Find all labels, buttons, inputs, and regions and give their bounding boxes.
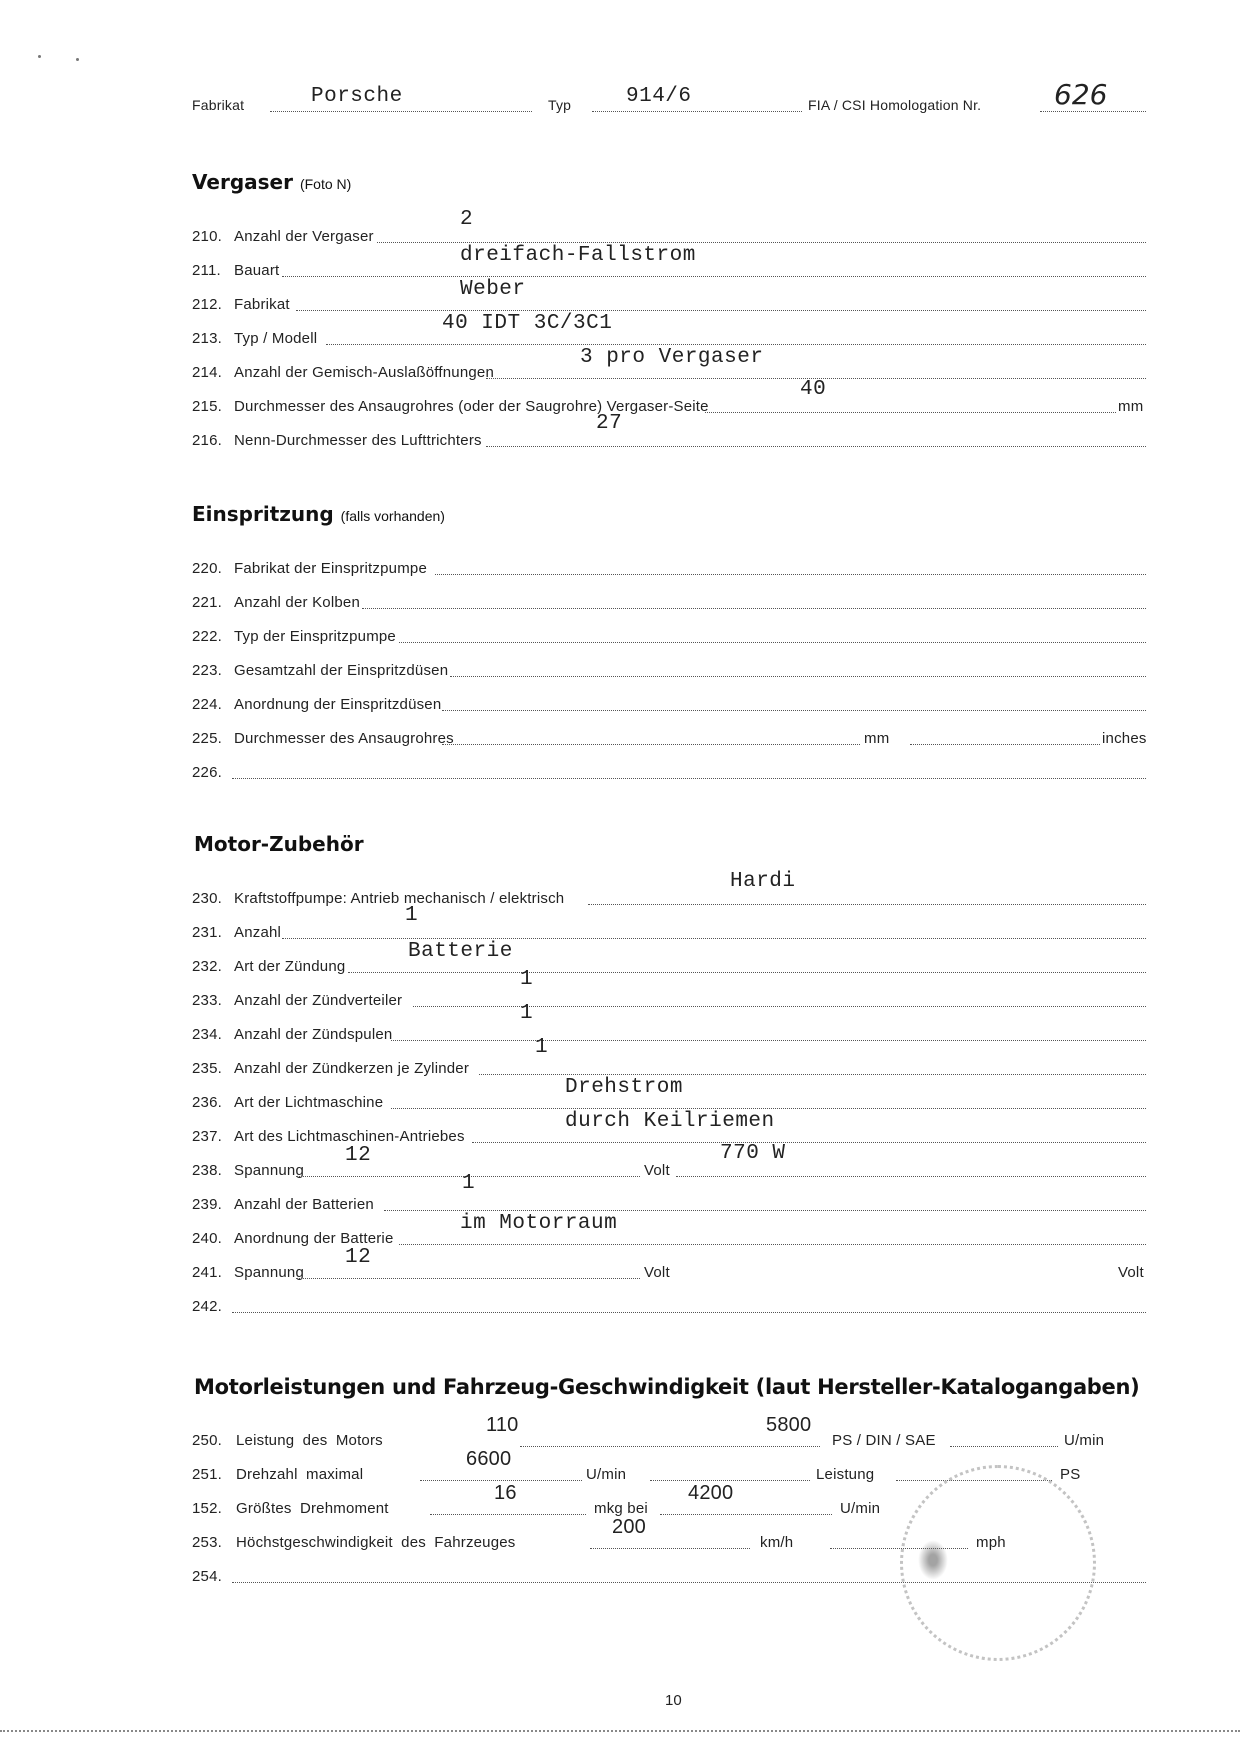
row-unit-3: PS xyxy=(1060,1466,1080,1483)
row-value: 1 xyxy=(520,968,533,991)
row-number: 231. xyxy=(192,924,222,941)
row-fill-line[interactable] xyxy=(296,310,1146,311)
row-value: dreifach-Fallstrom xyxy=(460,244,696,267)
row-fill-line[interactable] xyxy=(590,1548,750,1549)
row-unit: mm xyxy=(1118,398,1143,415)
row-unit: Volt xyxy=(1118,1264,1144,1281)
row-label: Fabrikat xyxy=(234,296,290,313)
row-number: 235. xyxy=(192,1060,222,1077)
row-number: 223. xyxy=(192,662,222,679)
row-unit: km/h xyxy=(760,1534,793,1551)
leistung-title: Motorleistungen und Fahrzeug-Geschwindig… xyxy=(194,1375,1139,1399)
row-number: 233. xyxy=(192,992,222,1009)
section-title-einspritzung: Einspritzung (falls vorhanden) xyxy=(192,502,445,526)
row-fill-line[interactable] xyxy=(362,608,1146,609)
row-fill-line[interactable] xyxy=(348,972,1147,973)
fabrikat-value: Porsche xyxy=(311,85,403,108)
row-fill-line[interactable] xyxy=(399,1244,1146,1245)
row-value: 27 xyxy=(596,412,622,435)
row-fill-line[interactable] xyxy=(377,242,1146,243)
row-number: 234. xyxy=(192,1026,222,1043)
row-fill-line[interactable] xyxy=(282,938,1146,939)
row-label: Durchmesser des Ansaugrohres (oder der S… xyxy=(234,398,709,415)
row-number: 226. xyxy=(192,764,222,781)
row-fill-line[interactable] xyxy=(442,744,860,745)
row-label: Typ der Einspritzpumpe xyxy=(234,628,396,645)
row-label: Anzahl der Zündkerzen je Zylinder xyxy=(234,1060,469,1077)
row-label: Größtes Drehmoment xyxy=(236,1500,389,1517)
row-value: 40 xyxy=(800,378,826,401)
row-label: Durchmesser des Ansaugrohres xyxy=(234,730,454,747)
row-value: 12 xyxy=(345,1246,371,1269)
einspritzung-subtitle: (falls vorhanden) xyxy=(341,508,445,524)
row-fill-line[interactable] xyxy=(705,412,1116,413)
row-value: 110 xyxy=(486,1414,519,1437)
row-label: Anzahl der Gemisch-Auslaßöffnungen xyxy=(234,364,494,381)
row-label: Art des Lichtmaschinen-Antriebes xyxy=(234,1128,465,1145)
vergaser-title: Vergaser xyxy=(192,170,293,194)
row-value: Hardi xyxy=(730,870,796,893)
vergaser-subtitle: (Foto N) xyxy=(300,176,351,192)
row-fill-line[interactable] xyxy=(384,1210,1146,1211)
row-fill-line[interactable] xyxy=(450,676,1146,677)
row-value: 200 xyxy=(612,1516,646,1539)
row-number: 239. xyxy=(192,1196,222,1213)
row-label: Nenn-Durchmesser des Lufttrichters xyxy=(234,432,482,449)
row-fill-line[interactable] xyxy=(588,904,1146,905)
row-value-2: 5800 xyxy=(766,1414,811,1437)
row-number: 237. xyxy=(192,1128,222,1145)
row-unit: PS / DIN / SAE xyxy=(832,1432,936,1449)
row-fill-line[interactable] xyxy=(486,446,1146,447)
row-number: 152. xyxy=(192,1500,222,1517)
row-fill-line[interactable] xyxy=(472,1142,1146,1143)
scan-speck xyxy=(38,55,41,58)
row-number: 232. xyxy=(192,958,222,975)
row-number: 240. xyxy=(192,1230,222,1247)
row-number: 253. xyxy=(192,1534,222,1551)
page-bottom-border xyxy=(0,1730,1240,1732)
row-number: 236. xyxy=(192,1094,222,1111)
row-number: 211. xyxy=(192,262,221,279)
row-label: Anordnung der Einspritzdüsen xyxy=(234,696,441,713)
row-number: 254. xyxy=(192,1568,222,1585)
row-label: Art der Lichtmaschine xyxy=(234,1094,383,1111)
row-number: 230. xyxy=(192,890,222,907)
row-number: 241. xyxy=(192,1264,222,1281)
row-label: Typ / Modell xyxy=(234,330,317,347)
row-value: 1 xyxy=(535,1036,548,1059)
row-number: 251. xyxy=(192,1466,222,1483)
row-value-2: 4200 xyxy=(688,1482,733,1505)
row-unit: U/min xyxy=(586,1466,626,1483)
row-fill-line[interactable] xyxy=(479,1074,1146,1075)
row-fill-line[interactable] xyxy=(435,574,1146,575)
row-fill-line-2[interactable] xyxy=(650,1480,810,1481)
motor-zubehoer-title: Motor-Zubehör xyxy=(194,832,364,856)
row-number: 210. xyxy=(192,228,222,245)
homologation-label: FIA / CSI Homologation Nr. xyxy=(808,97,981,113)
einspritzung-title: Einspritzung xyxy=(192,502,334,526)
row-fill-line[interactable] xyxy=(232,1312,1146,1313)
homologation-form-page: Fabrikat Porsche Typ 914/6 FIA / CSI Hom… xyxy=(0,0,1240,1752)
row-value: 1 xyxy=(405,904,418,927)
row-fill-line[interactable] xyxy=(296,1278,640,1279)
row-number: 225. xyxy=(192,730,222,747)
row-fill-line[interactable] xyxy=(282,276,1146,277)
row-label: Anzahl der Zündspulen xyxy=(234,1026,392,1043)
row-fill-line[interactable] xyxy=(391,1040,1146,1041)
row-value-2: 770 W xyxy=(720,1142,786,1165)
row-unit: Volt xyxy=(644,1264,670,1281)
fabrikat-line xyxy=(270,111,532,112)
row-value: Batterie xyxy=(408,940,513,963)
row-unit: Volt xyxy=(644,1162,670,1179)
row-value: Weber xyxy=(460,278,526,301)
row-unit-2: Leistung xyxy=(816,1466,874,1483)
row-fill-line[interactable] xyxy=(399,642,1146,643)
fabrikat-label: Fabrikat xyxy=(192,97,244,113)
row-label: Bauart xyxy=(234,262,279,279)
row-number: 215. xyxy=(192,398,222,415)
typ-value: 914/6 xyxy=(626,85,692,108)
page-number: 10 xyxy=(665,1692,682,1709)
scan-speck xyxy=(76,58,79,61)
row-number: 212. xyxy=(192,296,222,313)
row-fill-line-2[interactable] xyxy=(910,744,1100,745)
row-unit: mkg bei xyxy=(594,1500,648,1517)
typ-line xyxy=(592,111,802,112)
row-value: im Motorraum xyxy=(460,1212,617,1235)
row-value: 1 xyxy=(462,1172,475,1195)
row-fill-line[interactable] xyxy=(520,1446,820,1447)
section-title-vergaser: Vergaser (Foto N) xyxy=(192,170,351,194)
row-unit-2: U/min xyxy=(1064,1432,1104,1449)
row-label: Spannung xyxy=(234,1264,304,1281)
row-value: 6600 xyxy=(466,1448,511,1471)
row-fill-line-2[interactable] xyxy=(660,1514,832,1515)
section-title-leistung: Motorleistungen und Fahrzeug-Geschwindig… xyxy=(194,1375,1139,1399)
row-fill-line-2[interactable] xyxy=(950,1446,1058,1447)
row-unit: mm xyxy=(864,730,889,747)
row-label: Spannung xyxy=(234,1162,304,1179)
row-value: Drehstrom xyxy=(565,1076,683,1099)
row-number: 250. xyxy=(192,1432,222,1449)
row-label: Höchstgeschwindigkeit des Fahrzeuges xyxy=(236,1534,516,1551)
row-value: 3 pro Vergaser xyxy=(580,346,763,369)
section-title-motor-zubehoer: Motor-Zubehör xyxy=(194,832,364,856)
row-value: 40 IDT 3C/3C1 xyxy=(442,312,612,335)
row-number: 214. xyxy=(192,364,222,381)
row-number: 221. xyxy=(192,594,222,611)
row-fill-line[interactable] xyxy=(430,1514,586,1515)
row-label: Leistung des Motors xyxy=(236,1432,383,1449)
stamp-emblem xyxy=(918,1540,948,1580)
row-fill-line[interactable] xyxy=(420,1480,582,1481)
homologation-line xyxy=(1040,111,1146,112)
row-label: Anzahl der Kolben xyxy=(234,594,360,611)
row-fill-line[interactable] xyxy=(391,1108,1146,1109)
row-number: 242. xyxy=(192,1298,222,1315)
homologation-number-handwritten: 626 xyxy=(1054,78,1107,111)
row-unit-2: inches xyxy=(1102,730,1147,747)
row-label: Anzahl der Vergaser xyxy=(234,228,374,245)
row-value: 1 xyxy=(520,1002,533,1025)
typ-label: Typ xyxy=(548,97,571,113)
row-label: Anordnung der Batterie xyxy=(234,1230,394,1247)
row-number: 213. xyxy=(192,330,222,347)
row-label: Anzahl der Batterien xyxy=(234,1196,374,1213)
row-value: 16 xyxy=(494,1482,517,1505)
row-number: 222. xyxy=(192,628,222,645)
row-label: Drehzahl maximal xyxy=(236,1466,363,1483)
row-number: 220. xyxy=(192,560,222,577)
row-number: 238. xyxy=(192,1162,222,1179)
row-value: durch Keilriemen xyxy=(565,1110,775,1133)
row-fill-line-2[interactable] xyxy=(676,1176,1146,1177)
row-fill-line[interactable] xyxy=(326,344,1146,345)
row-value: 12 xyxy=(345,1144,371,1167)
row-label: Art der Zündung xyxy=(234,958,345,975)
row-fill-line[interactable] xyxy=(442,710,1146,711)
row-label: Gesamtzahl der Einspritzdüsen xyxy=(234,662,448,679)
row-label: Anzahl der Zündverteiler xyxy=(234,992,402,1009)
row-label: Anzahl xyxy=(234,924,281,941)
row-unit-2: U/min xyxy=(840,1500,880,1517)
row-label: Kraftstoffpumpe: Antrieb mechanisch / el… xyxy=(234,890,564,907)
row-number: 216. xyxy=(192,432,222,449)
row-value: 2 xyxy=(460,208,473,231)
row-number: 224. xyxy=(192,696,222,713)
row-fill-line[interactable] xyxy=(232,778,1146,779)
row-label: Fabrikat der Einspritzpumpe xyxy=(234,560,427,577)
